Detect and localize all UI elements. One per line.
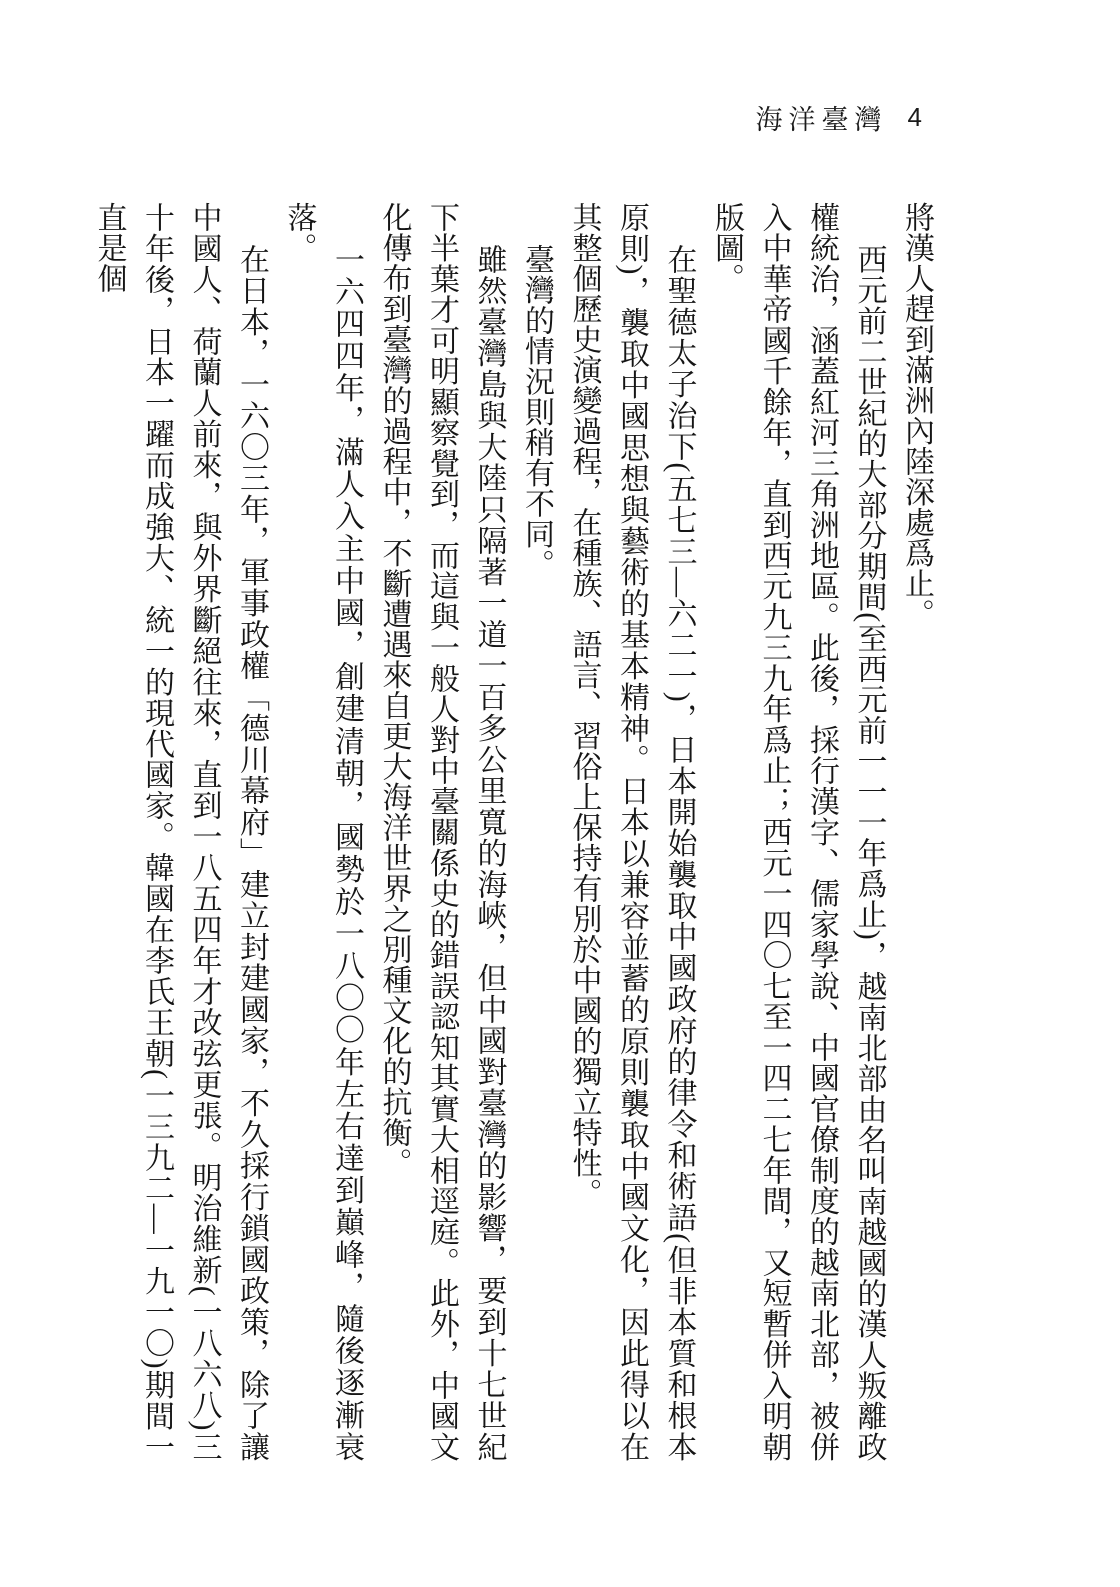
paragraph: 在聖德太子治下(五七三—六二一)，日本開始襲取中國政府的律令和術語(但非本質和根… <box>560 202 703 1462</box>
paragraph: 雖然臺灣島與大陸只隔著一道一百多公里寬的海峽，但中國對臺灣的影響，要到十七世紀下… <box>370 202 513 1462</box>
paragraph: 西元前二世紀的大部分期間(至西元前一一一年爲止)，越南北部由名叫南越國的漢人叛離… <box>703 202 893 1462</box>
paragraph: 在日本，一六〇三年，軍事政權「德川幕府」建立封建國家，不久採行鎖國政策，除了讓中… <box>85 202 275 1462</box>
paragraph: 一六四四年，滿人入主中國，創建清朝，國勢於一八〇〇年左右達到巔峰，隨後逐漸衰落。 <box>275 202 370 1462</box>
paragraph: 將漢人趕到滿洲內陸深處爲止。 <box>893 202 941 1462</box>
page-body-text: 將漢人趕到滿洲內陸深處爲止。 西元前二世紀的大部分期間(至西元前一一一年爲止)，… <box>178 202 940 1462</box>
paragraph: 臺灣的情況則稍有不同。 <box>513 202 561 1462</box>
page-number: 4 <box>908 102 922 133</box>
book-page: 海洋臺灣 4 將漢人趕到滿洲內陸深處爲止。 西元前二世紀的大部分期間(至西元前一… <box>0 0 1120 1587</box>
running-header: 海洋臺灣 4 <box>756 98 922 137</box>
book-title: 海洋臺灣 <box>756 98 888 137</box>
